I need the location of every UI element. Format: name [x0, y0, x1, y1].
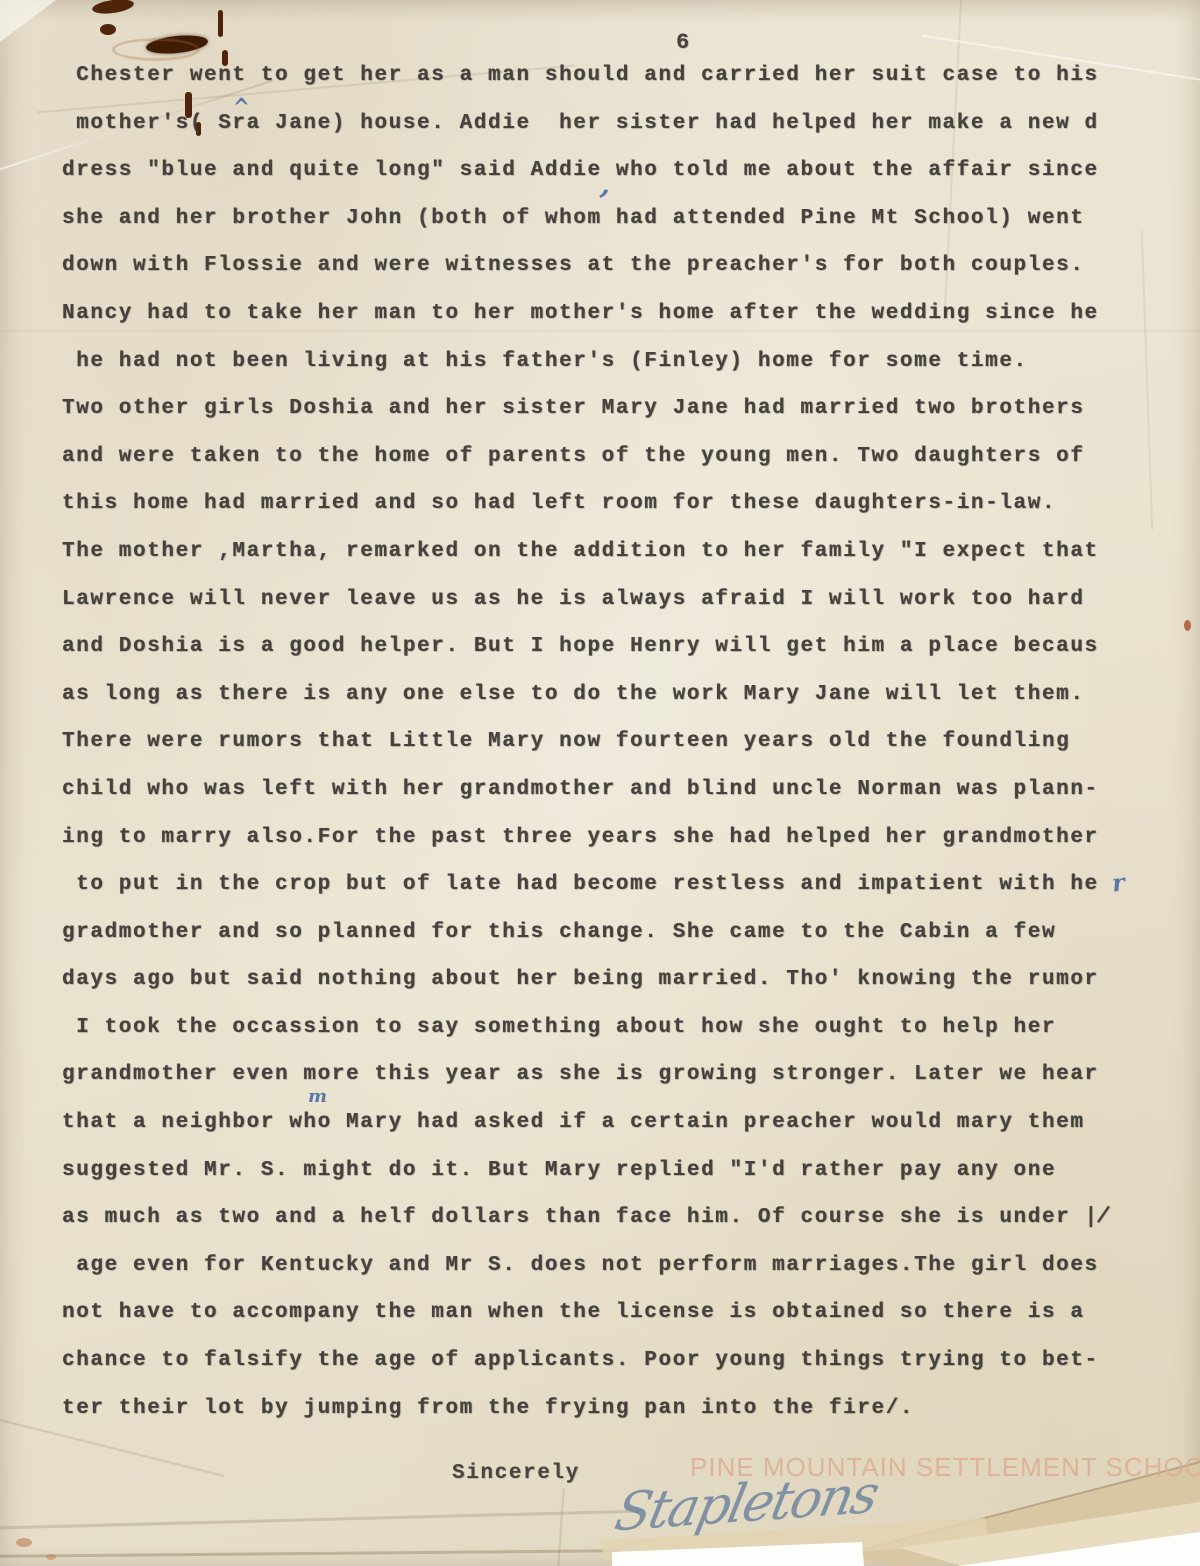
typewritten-letter-page: 6 Chester went to get her as a man shoul…	[0, 0, 1200, 1566]
typed-text: Chester went to get her as a man should …	[62, 52, 1182, 1432]
typed-line: chance to falsify the age of applicants.…	[62, 1337, 1182, 1385]
typed-line: to put in the crop but of late had becom…	[62, 861, 1182, 909]
typed-line: as much as two and a helf dollars than f…	[62, 1194, 1182, 1242]
rust-speck	[46, 1554, 56, 1560]
ink-stain	[218, 10, 223, 37]
background-gap	[958, 1532, 1200, 1566]
closing-sincerely: Sincerely	[452, 1462, 580, 1485]
typed-line: days ago but said nothing about her bein…	[62, 956, 1182, 1004]
paper-crease	[0, 1549, 620, 1557]
typed-line: Two other girls Doshia and her sister Ma…	[62, 385, 1182, 433]
typed-line: suggested Mr. S. might do it. But Mary r…	[62, 1147, 1182, 1195]
paper-crease	[0, 1510, 640, 1530]
red-speck	[1184, 620, 1191, 631]
typed-line: The mother ,Martha, remarked on the addi…	[62, 528, 1182, 576]
typed-line: I took the occassion to say something ab…	[62, 1004, 1182, 1052]
typed-line: gradmother and so planned for this chang…	[62, 909, 1182, 957]
rust-speck	[16, 1538, 32, 1547]
typed-line: and were taken to the home of parents of…	[62, 433, 1182, 481]
typed-line: child who was left with her grandmother …	[62, 766, 1182, 814]
typed-line: that a neighbor who Mary had asked if a …	[62, 1099, 1182, 1147]
typed-line: dress "blue and quite long" said Addie w…	[62, 147, 1182, 195]
typed-line: ter their lot by jumping from the frying…	[62, 1385, 1182, 1433]
handwritten-signature: Stapletons	[610, 1464, 883, 1543]
ink-stain	[100, 24, 116, 35]
typed-line: as long as there is any one else to do t…	[62, 671, 1182, 719]
typed-line: ing to marry also.For the past three yea…	[62, 814, 1182, 862]
typed-line: Chester went to get her as a man should …	[62, 52, 1182, 100]
typed-line: There were rumors that Little Mary now f…	[62, 718, 1182, 766]
paper-crease	[557, 1488, 565, 1566]
typed-line: grandmother even more this year as she i…	[62, 1051, 1182, 1099]
typed-line: and Doshia is a good helper. But I hope …	[62, 623, 1182, 671]
typed-line: this home had married and so had left ro…	[62, 480, 1182, 528]
pen-caret-annotation: ^	[233, 93, 250, 122]
background-gap	[612, 1542, 864, 1566]
ink-stain	[91, 0, 134, 16]
typed-line: Nancy had to take her man to her mother'…	[62, 290, 1182, 338]
typed-line: mother's( Sra Jane) house. Addie her sis…	[62, 100, 1182, 148]
pen-m-annotation: m	[308, 1086, 327, 1107]
typed-line: not have to accompany the man when the l…	[62, 1289, 1182, 1337]
fold-wedge	[900, 1502, 1200, 1566]
folded-corner	[0, 0, 56, 42]
typed-line: he had not been living at his father's (…	[62, 338, 1182, 386]
typed-line: she and her brother John (both of whom h…	[62, 195, 1182, 243]
typed-line: down with Flossie and were witnesses at …	[62, 242, 1182, 290]
typed-line: Lawrence will never leave us as he is al…	[62, 576, 1182, 624]
pen-r-annotation: r	[1111, 867, 1127, 897]
typed-line: age even for Kentucky and Mr S. does not…	[62, 1242, 1182, 1290]
